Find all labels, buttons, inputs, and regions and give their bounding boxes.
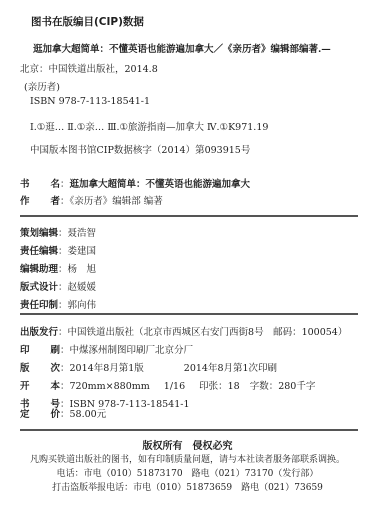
cip-classification: Ⅰ.①逛… Ⅱ.①亲… Ⅲ.①旅游指南—加拿大 Ⅳ.①K971.19 bbox=[30, 119, 268, 133]
copyright-notice: 版权所有 侵权必究 bbox=[0, 437, 375, 452]
quality-notice: 凡购买铁道出版社的图书，如有印制质量问题，请与本社读者服务部联系调换。 bbox=[0, 452, 375, 465]
book-title-label: 书 名 bbox=[20, 176, 60, 190]
piracy-hotline: 打击盗版举报电话：市电（010）51873659 路电（021）73659 bbox=[0, 480, 375, 493]
book-author-value: 《亲历者》编辑部 编著 bbox=[70, 196, 163, 207]
phone-line: 电话：市电（010）51873170 路电（021）73170（发行部） bbox=[0, 466, 375, 479]
divider-1 bbox=[20, 215, 358, 217]
edition-row: 版次：2014年8月第1版2014年8月第1次印刷 bbox=[20, 360, 277, 374]
staff-row: 版式设计：赵媛媛 bbox=[20, 279, 96, 293]
cip-series: (亲历者) bbox=[24, 79, 60, 93]
book-author-label: 作 者 bbox=[20, 193, 60, 207]
staff-row: 责任编辑：娄建国 bbox=[20, 243, 96, 257]
book-title-value: 逛加拿大超简单：不懂英语也能游遍加拿大 bbox=[70, 179, 251, 190]
cip-isbn: ISBN 978-7-113-18541-1 bbox=[30, 96, 150, 107]
staff-row: 策划编辑：聂浩智 bbox=[20, 225, 96, 239]
cip-heading: 图书在版编目(CIP)数据 bbox=[31, 14, 144, 29]
book-title-row: 书 名 ：逛加拿大超简单：不懂英语也能游遍加拿大 bbox=[20, 176, 250, 190]
staff-row: 编辑助理：杨 旭 bbox=[20, 261, 96, 275]
cip-title-line-2: 北京：中国铁道出版社，2014.8 bbox=[20, 61, 158, 75]
publisher-row: 出版发行：中国铁道出版社（北京市西城区右安门西街8号 邮码：100054） bbox=[20, 324, 347, 338]
divider-2 bbox=[20, 313, 358, 315]
cip-number: 中国版本图书馆CIP数据核字（2014）第093915号 bbox=[30, 142, 250, 156]
divider-3 bbox=[20, 429, 358, 431]
printer-row: 印刷：中煤涿州制图印刷厂北京分厂 bbox=[20, 342, 193, 356]
book-author-row: 作 者 ：《亲历者》编辑部 编著 bbox=[20, 193, 163, 207]
format-row: 开本：720mm×880mm1/16印张：18字数：280千字 bbox=[20, 378, 315, 392]
staff-row: 责任印制：郭向伟 bbox=[20, 297, 96, 311]
cip-title-line-1: 逛加拿大超简单：不懂英语也能游遍加拿大／《亲历者》编辑部编著.— bbox=[33, 41, 331, 55]
price-row: 定价：58.00元 bbox=[20, 406, 106, 420]
